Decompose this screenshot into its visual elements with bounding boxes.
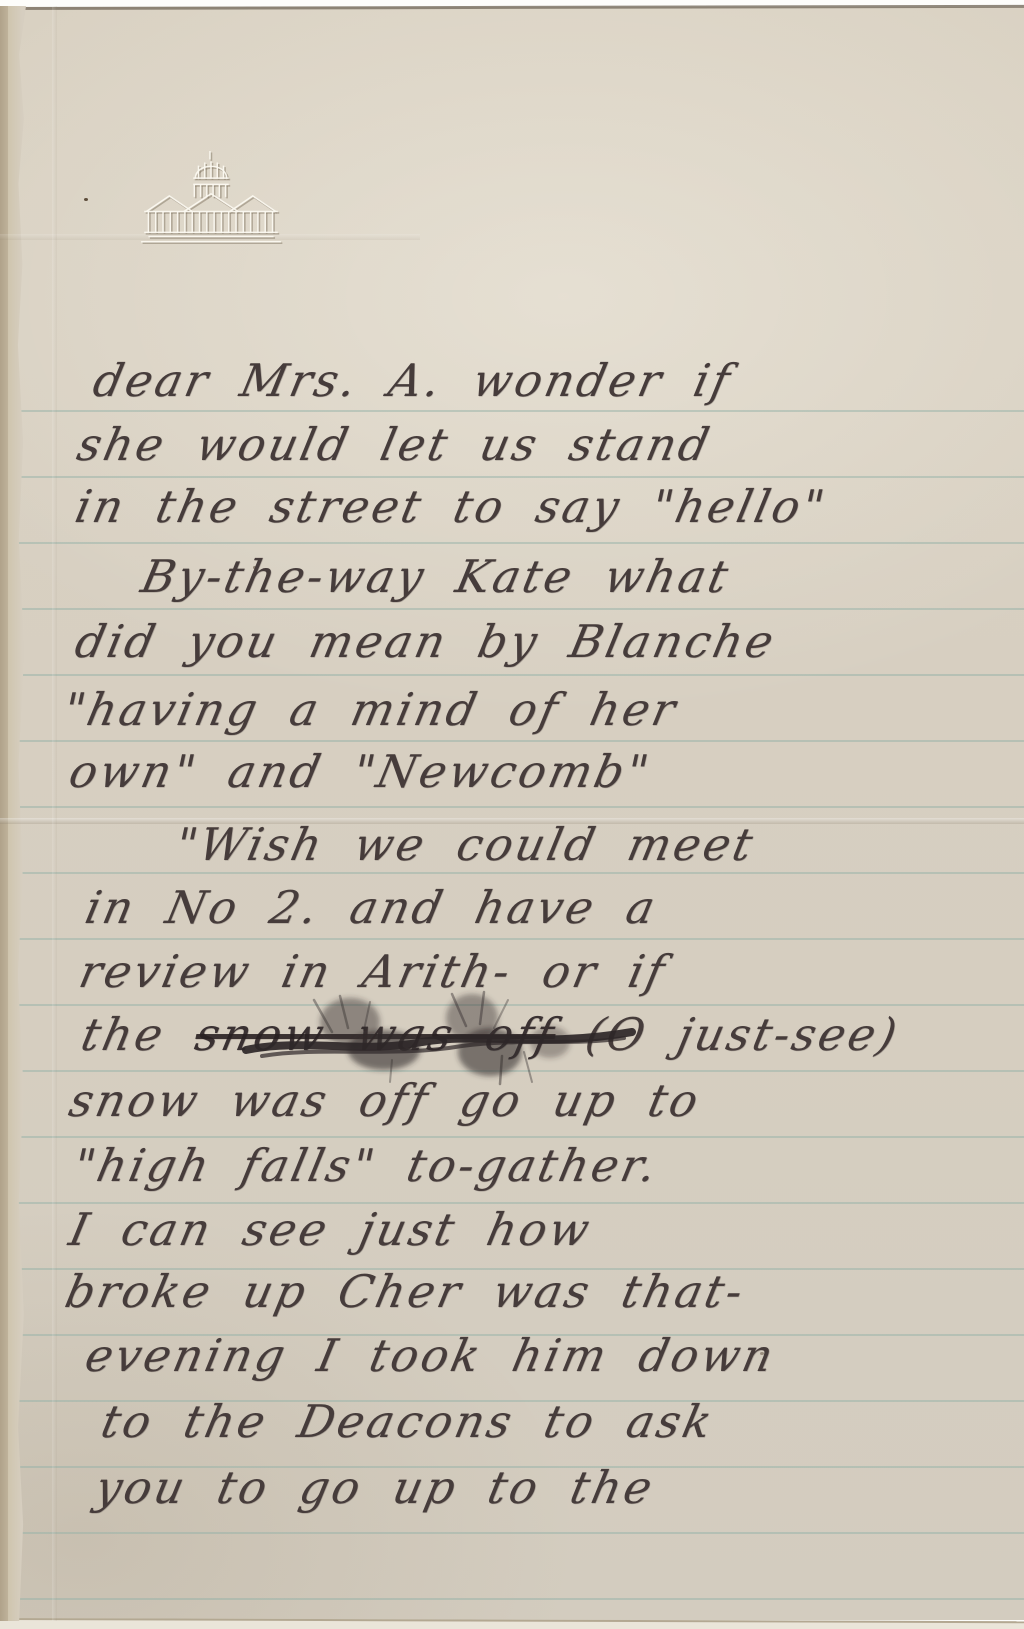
handwritten-line: did you mean by Blanche (70, 613, 781, 671)
scanned-letter-page: dear Mrs. A. wonder if she would let us … (0, 0, 1024, 1629)
handwritten-line: "Wish we could meet (170, 816, 761, 874)
left-binding-strip (0, 6, 9, 1621)
paper-speck (84, 198, 88, 201)
line-prefix: the (77, 1008, 202, 1061)
handwritten-line: "high falls" to-gather. (68, 1137, 664, 1195)
vertical-fold-crease (52, 6, 57, 1621)
handwritten-line: dear Mrs. A. wonder if (88, 352, 738, 410)
handwritten-line-with-scratch: the snow was off (O just-see) (76, 1006, 905, 1064)
handwritten-line: in No 2. and have a (80, 879, 663, 937)
handwritten-line: I can see just how (64, 1201, 597, 1259)
scratched-out-words: snow was off (191, 1008, 561, 1061)
handwritten-line: By-the-way Kate what (136, 548, 736, 606)
handwritten-line: own" and "Newcomb" (64, 743, 657, 801)
handwritten-line: broke up Cher was that- (60, 1263, 751, 1321)
handwritten-line: snow was off go up to (64, 1072, 706, 1130)
handwritten-line: review in Arith- or if (74, 943, 672, 1001)
handwritten-line: she would let us stand (72, 416, 717, 474)
handwritten-line: evening I took him down (80, 1327, 781, 1385)
handwritten-line: "having a mind of her (58, 681, 683, 739)
handwritten-line: to the Deacons to ask (96, 1393, 720, 1451)
embossed-building-seal-icon (138, 146, 284, 252)
handwritten-line: you to go up to the (90, 1459, 660, 1517)
line-suffix: (O just-see) (550, 1008, 905, 1061)
handwritten-line: in the street to say "hello" (70, 478, 832, 536)
